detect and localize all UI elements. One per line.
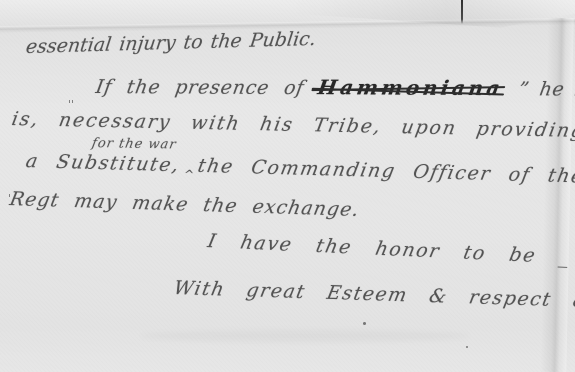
registration-mark (461, 0, 463, 24)
struck-out-word: Hammoniana (316, 75, 505, 100)
stray-ink-mark: ' (8, 192, 11, 205)
handwriting-line-2: If the presence ofHammoniana” he but (96, 74, 575, 101)
handwriting-line-4: a Substitute,^the Commanding Officer of … (26, 150, 575, 193)
ink-dot (363, 322, 366, 325)
handwriting-text: ” he but (518, 78, 575, 100)
handwriting-line-5: Regt may make the exchange. (10, 188, 360, 221)
handwriting-line-6: I have the honor to be _ (208, 230, 572, 268)
handwriting-text: for the war (91, 136, 178, 152)
handwriting-line-1: essential injury to the Public. (26, 28, 316, 58)
handwriting-text: essential injury to the Public. (25, 28, 318, 58)
handwriting-text: If the presence of (94, 76, 306, 99)
handwriting-text: the Commanding Officer of the (195, 155, 575, 188)
stray-ink-mark: '' (68, 98, 74, 111)
ink-dot (466, 346, 468, 348)
handwriting-text: I have the honor to be _ (206, 230, 573, 268)
insertion-caret: ^ (182, 167, 196, 181)
right-fold-crease (540, 18, 573, 372)
handwriting-text: With great Esteem & respect &c (172, 277, 575, 312)
interlinear-insertion: for the war (92, 136, 177, 152)
manuscript-scan: essential injury to the Public. If the p… (0, 0, 575, 372)
handwriting-text: Regt may make the exchange. (8, 188, 362, 221)
handwriting-line-7: With great Esteem & respect &c (174, 277, 575, 312)
bottom-smudge (140, 330, 470, 342)
handwriting-text: a Substitute, (24, 150, 182, 176)
